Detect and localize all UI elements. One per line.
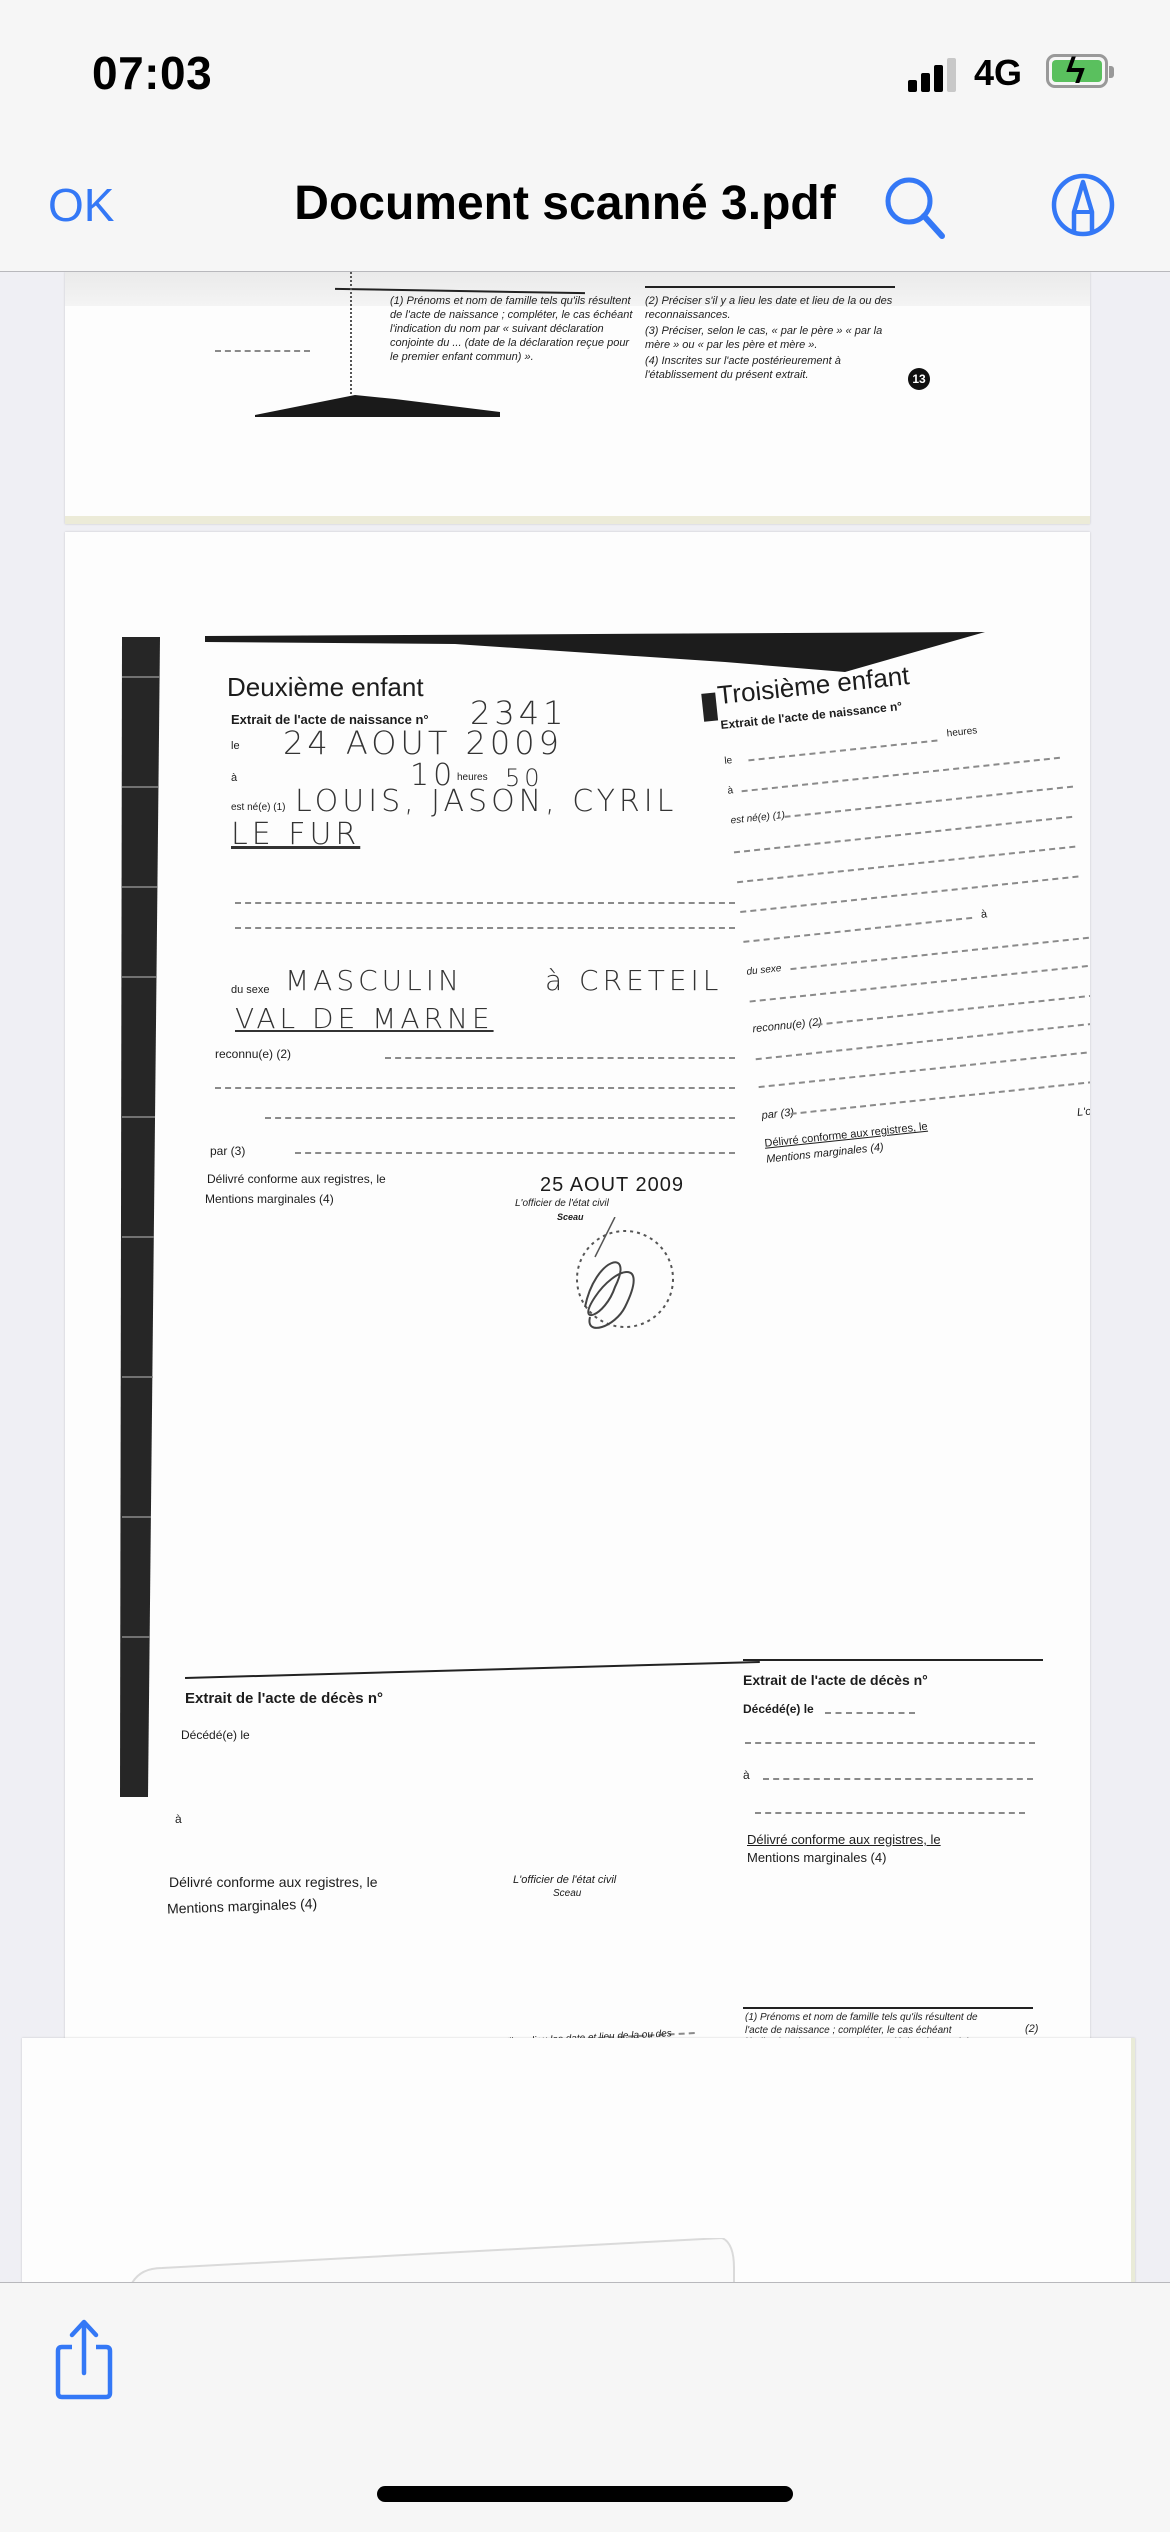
dash-line bbox=[215, 1087, 735, 1089]
hours-label: heures bbox=[457, 772, 488, 783]
department-value: VAL DE MARNE bbox=[235, 1002, 494, 1035]
page-number-badge: 13 bbox=[908, 368, 930, 390]
battery-charging-icon: ϟ bbox=[1046, 54, 1108, 88]
death-delivered-label-right: Délivré conforme aux registres, le bbox=[747, 1832, 941, 1847]
footnote-2: (2) Préciser s'il y a lieu les date et l… bbox=[645, 294, 905, 322]
margin-mark: (2) bbox=[1025, 2022, 1038, 2036]
died-label-right: Décédé(e) le bbox=[743, 1702, 814, 1716]
death-extract-heading: Extrait de l'acte de décès n° bbox=[185, 1690, 383, 1707]
death-seal-label: Sceau bbox=[553, 1888, 581, 1899]
death-officer-label: L'officier de l'état civil bbox=[513, 1874, 616, 1886]
dash-line bbox=[759, 1051, 1090, 1089]
dash-line bbox=[763, 1778, 1033, 1780]
rule-line bbox=[645, 286, 895, 288]
navigation-bar: OK Document scanné 3.pdf bbox=[0, 130, 1170, 272]
share-icon bbox=[52, 2317, 116, 2401]
section-marker bbox=[701, 692, 718, 721]
markup-pen-icon bbox=[1050, 172, 1116, 238]
search-icon bbox=[880, 172, 950, 242]
home-indicator[interactable] bbox=[377, 2486, 793, 2502]
death-place-label-right: à bbox=[743, 1768, 750, 1782]
dash-line bbox=[295, 1152, 735, 1154]
dash-line bbox=[265, 1117, 735, 1119]
page-edge bbox=[65, 516, 1090, 524]
death-delivered-label: Délivré conforme aux registres, le bbox=[169, 1874, 378, 1890]
dash-line bbox=[748, 740, 937, 762]
child-last-name: LE FUR bbox=[231, 817, 360, 852]
dash-line bbox=[791, 1080, 1090, 1115]
dash-line bbox=[743, 917, 972, 943]
date-label: le bbox=[231, 740, 240, 752]
pdf-page-2[interactable]: Deuxième enfant Extrait de l'acte de nai… bbox=[65, 532, 1090, 2282]
fold-shadow bbox=[255, 387, 515, 417]
death-marginal-mentions: Mentions marginales (4) bbox=[167, 1895, 318, 1916]
child-first-names: LOUIS, JASON, CYRIL bbox=[295, 784, 677, 819]
place-label-3: à bbox=[727, 785, 734, 797]
official-seal-signature bbox=[555, 1217, 685, 1347]
dash-line bbox=[215, 350, 310, 352]
officer-label: L'officier de l'état civil bbox=[515, 1198, 609, 1209]
by-label-3: par (3) bbox=[761, 1107, 794, 1122]
death-place-label: à bbox=[175, 1812, 182, 1826]
dash-line bbox=[740, 876, 1078, 914]
delivered-label: Délivré conforme aux registres, le bbox=[207, 1172, 386, 1186]
dash-line bbox=[385, 1057, 735, 1059]
dash-line bbox=[745, 1742, 1035, 1744]
dash-line bbox=[235, 927, 735, 929]
sex-label-3: du sexe bbox=[746, 963, 782, 978]
dash-line bbox=[755, 1812, 1025, 1814]
bottom-toolbar bbox=[0, 2282, 1170, 2532]
death-extract-heading-right: Extrait de l'acte de décès n° bbox=[743, 1672, 928, 1688]
rule-line bbox=[743, 2007, 1033, 2009]
footnote-1: (1) Prénoms et nom de famille tels qu'il… bbox=[390, 294, 635, 364]
sex-label: du sexe bbox=[231, 984, 270, 996]
binding-spine bbox=[120, 637, 160, 1797]
recognized-label-3: reconnu(e) (2) bbox=[752, 1016, 823, 1035]
born-label-3: est né(e) (1) bbox=[730, 810, 785, 827]
status-time: 07:03 bbox=[92, 46, 212, 100]
hours-label-3: heures bbox=[946, 725, 978, 739]
dash-line bbox=[734, 816, 1072, 854]
status-bar: 07:03 4G ϟ bbox=[0, 0, 1170, 130]
dash-line bbox=[235, 902, 735, 904]
pdf-viewer[interactable]: (1) Prénoms et nom de famille tels qu'il… bbox=[0, 272, 1170, 2282]
born-label: est né(e) (1) bbox=[231, 802, 285, 813]
place-label-3b: à bbox=[980, 908, 987, 921]
fold-line bbox=[350, 272, 352, 394]
search-button[interactable] bbox=[880, 172, 950, 242]
document-title: Document scanné 3.pdf bbox=[0, 176, 1170, 231]
place-label: à bbox=[231, 772, 237, 784]
share-button[interactable] bbox=[52, 2317, 116, 2401]
network-type: 4G bbox=[974, 52, 1022, 94]
sex-value: MASCULIN bbox=[285, 964, 463, 997]
dash-line bbox=[825, 1712, 915, 1714]
dash-line bbox=[816, 994, 1090, 1025]
delivered-date-stamp: 25 AOUT 2009 bbox=[540, 1174, 684, 1197]
dash-line bbox=[790, 937, 1089, 970]
date-label-3: le bbox=[724, 755, 733, 767]
dash-line bbox=[742, 757, 1060, 792]
by-label: par (3) bbox=[210, 1144, 245, 1158]
footnote-3: (3) Préciser, selon le cas, « par le pèr… bbox=[645, 324, 905, 352]
section-rule bbox=[743, 1659, 1043, 1661]
birth-date-value: 24 AOUT 2009 bbox=[283, 724, 563, 762]
dash-line bbox=[737, 846, 1075, 884]
markup-button[interactable] bbox=[1050, 172, 1116, 238]
dash-line bbox=[750, 965, 1088, 1003]
pdf-page-1[interactable]: (1) Prénoms et nom de famille tels qu'il… bbox=[65, 272, 1090, 524]
birth-place-value: à CRETEIL bbox=[545, 964, 722, 997]
died-label: Décédé(e) le bbox=[181, 1728, 250, 1742]
recognized-label: reconnu(e) (2) bbox=[215, 1047, 291, 1061]
scanned-card-edge bbox=[122, 2238, 742, 2282]
marginal-mentions-label: Mentions marginales (4) bbox=[205, 1192, 334, 1206]
dash-line bbox=[784, 786, 1073, 818]
cellular-signal-icon bbox=[908, 56, 958, 92]
third-child-section: Troisième enfant Extrait de l'acte de na… bbox=[700, 642, 1090, 1239]
officer-label-3: L'offi bbox=[1076, 1105, 1090, 1119]
footnote-4: (4) Inscrites sur l'acte postérieurement… bbox=[645, 354, 905, 382]
death-marginal-mentions-right: Mentions marginales (4) bbox=[747, 1850, 886, 1865]
pdf-page-3[interactable] bbox=[22, 2038, 1135, 2282]
heading-second-child: Deuxième enfant bbox=[227, 672, 424, 703]
section-rule bbox=[185, 1661, 760, 1679]
